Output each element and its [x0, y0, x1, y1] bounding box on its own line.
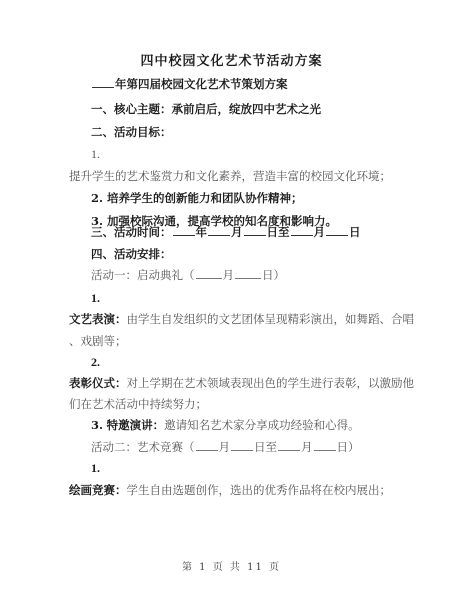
section-schedule-heading: 四、活动安排： — [91, 247, 172, 261]
goal-2: 2. 培养学生的创新能力和团队协作精神； — [91, 191, 303, 205]
subtitle: 年第四届校园文化艺术节策划方案 — [91, 77, 288, 91]
page-footer: 第 1 页 共 11 页 — [0, 561, 463, 575]
day-unit: 日 — [349, 225, 361, 239]
month-unit: 月 — [219, 440, 231, 454]
activity-2-label: 活动二：艺术竞赛（ — [91, 440, 195, 454]
day-unit: 日） — [337, 440, 360, 454]
year-blank — [92, 77, 114, 88]
activity-1-item-2-number: 2. — [91, 355, 100, 369]
section-time: 三、活动时间：年月日至月日 — [91, 225, 361, 239]
goal-2-text: 培养学生的创新能力和团队协作精神； — [107, 191, 303, 205]
month-unit: 月 — [223, 268, 235, 282]
activity-1-item-2: 表彰仪式：对上学期在艺术领域表现出色的学生进行表彰，以激励他 — [69, 376, 414, 390]
goal-2-number: 2. — [91, 191, 103, 205]
section-goals-heading: 二、活动目标： — [91, 125, 172, 139]
month-blank — [196, 440, 218, 451]
day-unit: 日） — [262, 268, 285, 282]
activity-1-item-1-number: 1. — [91, 291, 100, 305]
activity-2-heading: 活动二：艺术竞赛（月日至月日） — [91, 440, 360, 454]
year-unit: 年 — [196, 225, 208, 239]
year-blank — [173, 225, 195, 236]
day-blank-2 — [326, 225, 348, 236]
day-to-unit: 日至 — [267, 225, 290, 239]
activity-1-item-2-cont: 们在艺术活动中持续努力； — [69, 397, 207, 411]
day-to-unit: 日至 — [254, 440, 277, 454]
item-title: 特邀演讲： — [107, 418, 165, 432]
month-unit-2: 月 — [314, 225, 326, 239]
item-text: 学生自由选题创作，选出的优秀作品将在校内展出； — [127, 483, 392, 497]
goal-1-number: 1. — [91, 147, 100, 161]
day-blank-2 — [314, 440, 336, 451]
item-number: 3. — [91, 418, 103, 432]
subtitle-text: 年第四届校园文化艺术节策划方案 — [115, 77, 288, 91]
item-text: 由学生自发组织的文艺团体呈现精彩演出，如舞蹈、合唱 — [127, 312, 415, 326]
day-blank — [231, 440, 253, 451]
activity-1-label: 活动一：启动典礼（ — [91, 268, 195, 282]
item-text: 对上学期在艺术领域表现出色的学生进行表彰，以激励他 — [127, 376, 415, 390]
activity-2-item-1: 绘画竞赛：学生自由选题创作，选出的优秀作品将在校内展出； — [69, 483, 391, 497]
day-blank — [235, 268, 261, 279]
day-blank — [244, 225, 266, 236]
month-blank — [208, 225, 230, 236]
time-label: 三、活动时间： — [91, 225, 172, 239]
month-unit-2: 月 — [301, 440, 313, 454]
document-title: 四中校园文化艺术节活动方案 — [0, 55, 463, 69]
activity-1-item-1: 文艺表演：由学生自发组织的文艺团体呈现精彩演出，如舞蹈、合唱 — [69, 312, 414, 326]
activity-2-item-1-number: 1. — [91, 461, 100, 475]
item-title: 表彰仪式： — [69, 376, 127, 390]
activity-1-item-3: 3. 特邀演讲：邀请知名艺术家分享成功经验和心得。 — [91, 418, 360, 432]
activity-1-item-1-cont: 、戏剧等； — [69, 334, 127, 348]
section-core-theme: 一、核心主题：承前启后，绽放四中艺术之光 — [91, 102, 321, 116]
item-title: 绘画竞赛： — [69, 483, 127, 497]
month-blank-2 — [278, 440, 300, 451]
goal-1-text: 提升学生的艺术鉴赏力和文化素养，营造丰富的校园文化环境； — [69, 169, 391, 183]
month-unit: 月 — [231, 225, 243, 239]
month-blank — [196, 268, 222, 279]
activity-1-heading: 活动一：启动典礼（月日） — [91, 268, 285, 282]
month-blank-2 — [291, 225, 313, 236]
item-text: 邀请知名艺术家分享成功经验和心得。 — [164, 418, 360, 432]
item-title: 文艺表演： — [69, 312, 127, 326]
